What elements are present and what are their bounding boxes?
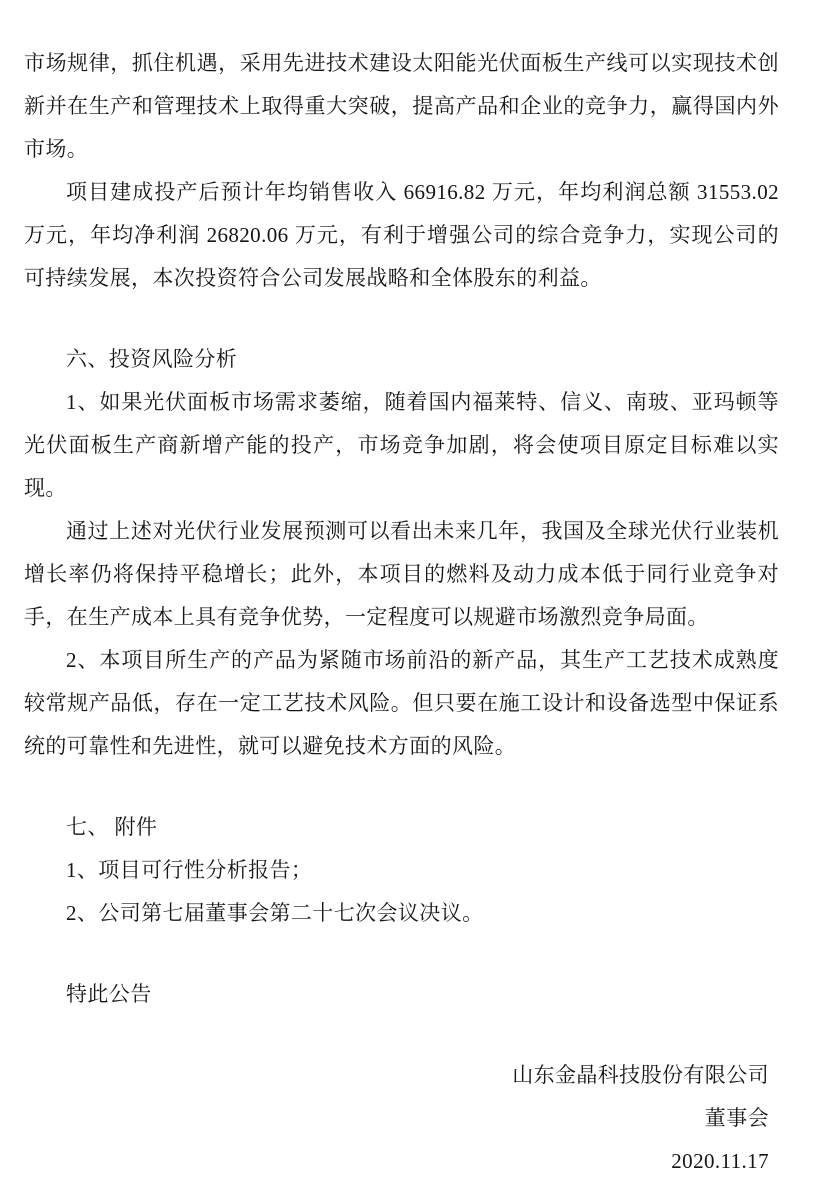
attachment-item-2: 2、公司第七届董事会第二十七次会议决议。: [24, 892, 779, 935]
paragraph-financial-projection: 项目建成投产后预计年均销售收入 66916.82 万元，年均利润总额 31553…: [24, 171, 779, 300]
section-heading-seven-attachments: 七、 附件: [24, 806, 779, 849]
signature-date: 2020.11.17: [24, 1140, 779, 1183]
signature-board-of-directors: 董事会: [24, 1097, 779, 1140]
attachment-item-1: 1、项目可行性分析报告；: [24, 849, 779, 892]
closing-statement: 特此公告: [24, 973, 779, 1016]
signature-company-name: 山东金晶科技股份有限公司: [24, 1054, 779, 1097]
announcement-page: 市场规律，抓住机遇，采用先进技术建设太阳能光伏面板生产线可以实现技术创新并在生产…: [0, 0, 824, 1199]
paragraph-risk-item-1-continued: 通过上述对光伏行业发展预测可以看出未来几年，我国及全球光伏行业装机增长率仍将保持…: [24, 510, 779, 639]
document-body: 市场规律，抓住机遇，采用先进技术建设太阳能光伏面板生产线可以实现技术创新并在生产…: [0, 0, 824, 1199]
paragraph-market-continuation: 市场规律，抓住机遇，采用先进技术建设太阳能光伏面板生产线可以实现技术创新并在生产…: [24, 42, 779, 171]
paragraph-risk-item-1: 1、如果光伏面板市场需求萎缩，随着国内福莱特、信义、南玻、亚玛顿等光伏面板生产商…: [24, 381, 779, 510]
section-heading-six-investment-risk: 六、投资风险分析: [24, 338, 779, 381]
paragraph-risk-item-2: 2、本项目所生产的产品为紧随市场前沿的新产品，其生产工艺技术成熟度较常规产品低，…: [24, 639, 779, 768]
